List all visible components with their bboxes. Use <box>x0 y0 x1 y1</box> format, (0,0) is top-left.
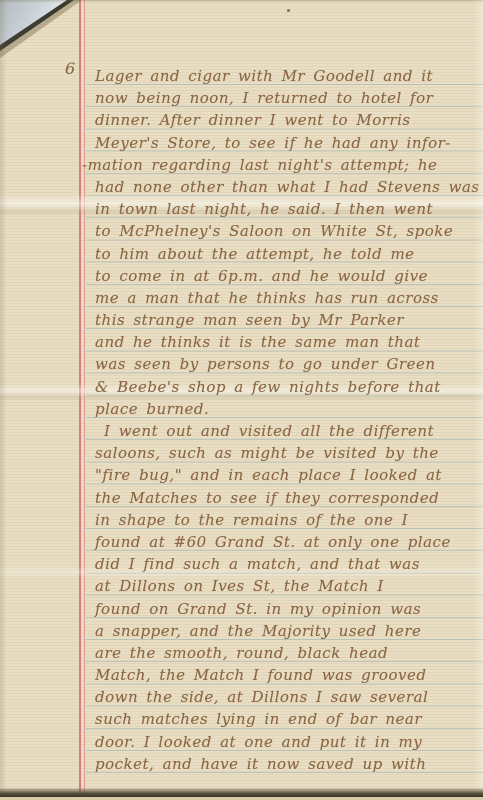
manuscript-line: saloons, such as might be visited by the <box>95 442 473 464</box>
manuscript-line: place burned. <box>95 398 473 420</box>
manuscript-line: did I find such a match, and that was <box>95 553 473 575</box>
manuscript-line: in shape to the remains of the one I <box>95 509 473 531</box>
manuscript-line: now being noon, I returned to hotel for <box>95 87 473 109</box>
manuscript-text: Lager and cigar with Mr Goodell and it n… <box>95 65 473 775</box>
manuscript-line: down the side, at Dillons I saw several <box>95 686 473 708</box>
manuscript-line: door. I looked at one and put it in my <box>95 731 473 753</box>
manuscript-line: are the smooth, round, black head <box>95 642 473 664</box>
manuscript-line: in town last night, he said. I then went <box>95 198 473 220</box>
manuscript-line: me a man that he thinks has run across <box>95 287 473 309</box>
manuscript-line: this strange man seen by Mr Parker <box>95 309 473 331</box>
page-number: 6 <box>65 59 75 78</box>
manuscript-line: found at #60 Grand St. at only one place <box>95 531 473 553</box>
manuscript-line: found on Grand St. in my opinion was <box>95 598 473 620</box>
manuscript-line: the Matches to see if they corresponded <box>95 487 473 509</box>
manuscript-line: pocket, and have it now saved up with <box>95 753 473 775</box>
manuscript-line: Meyer's Store, to see if he had any info… <box>95 132 473 154</box>
page-left-edge <box>0 0 7 800</box>
manuscript-line: to McPhelney's Saloon on White St, spoke <box>95 220 473 242</box>
manuscript-line: had none other than what I had Stevens w… <box>95 176 473 198</box>
manuscript-line: to come in at 6p.m. and he would give <box>95 265 473 287</box>
manuscript-line: Lager and cigar with Mr Goodell and it <box>95 65 473 87</box>
manuscript-line: and he thinks it is the same man that <box>95 331 473 353</box>
manuscript-line: "fire bug," and in each place I looked a… <box>95 464 473 486</box>
manuscript-line: Match, the Match I found was grooved <box>95 664 473 686</box>
manuscript-line: dinner. After dinner I went to Morris <box>95 109 473 131</box>
manuscript-line: such matches lying in end of bar near <box>95 708 473 730</box>
manuscript-page: 6 Lager and cigar with Mr Goodell and it… <box>0 0 483 800</box>
manuscript-line: I went out and visited all the different <box>95 420 473 442</box>
page-bottom-shadow <box>0 788 483 797</box>
manuscript-line: to him about the attempt, he told me <box>95 243 473 265</box>
manuscript-line: at Dillons on Ives St, the Match I <box>95 575 473 597</box>
page-right-edge <box>474 0 483 800</box>
manuscript-line: a snapper, and the Majority used here <box>95 620 473 642</box>
ink-speck <box>287 9 290 12</box>
margin-line-outer <box>79 0 81 798</box>
margin-line-inner <box>84 0 85 798</box>
manuscript-line: was seen by persons to go under Green <box>95 353 473 375</box>
manuscript-line: -mation regarding last night's attempt; … <box>82 154 473 176</box>
page-top-edge <box>0 0 483 3</box>
manuscript-line: & Beebe's shop a few nights before that <box>95 376 473 398</box>
